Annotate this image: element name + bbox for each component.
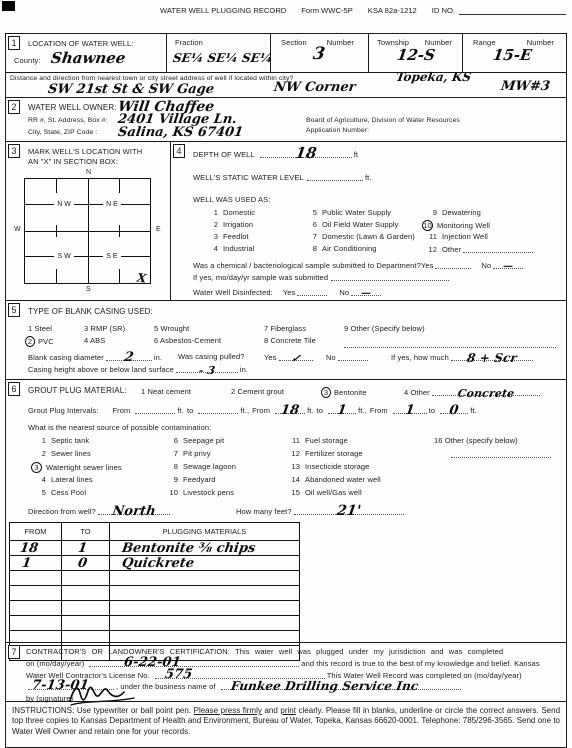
distance-row: Distance and direction from nearest town… bbox=[6, 72, 566, 97]
grout-other-label: 4 Other bbox=[404, 388, 430, 397]
option-label: Domestic (Lawn & Garden) bbox=[322, 232, 415, 241]
section-3-number-box: 3 bbox=[8, 144, 20, 158]
pvc-label: PVC bbox=[38, 337, 54, 346]
option-num: 15 bbox=[288, 488, 300, 497]
interval2-to-blank: 1 bbox=[328, 405, 356, 414]
pulled-yes-label: Yes bbox=[264, 353, 277, 362]
section-2-owner: 2 WATER WELL OWNER: Will Chaffee RR #, S… bbox=[6, 97, 566, 141]
agency-label: Board of Agriculture, Division of Water … bbox=[306, 117, 460, 124]
direction-line: Direction from well?North bbox=[28, 506, 172, 516]
option-num: 12 bbox=[425, 245, 437, 254]
table-row-empty bbox=[10, 570, 299, 585]
interval2-from-blank: 18 bbox=[275, 405, 305, 414]
option-label: Monitoring Well bbox=[437, 221, 490, 230]
direction-blank: North bbox=[98, 506, 170, 515]
option-num: 9 bbox=[425, 208, 437, 217]
option-label: Seepage pit bbox=[183, 436, 224, 445]
bentonite-label: Bentonite bbox=[334, 388, 367, 397]
cert-text-1: This water well was plugged under my jur… bbox=[235, 647, 503, 656]
interval3-to-value: 0 bbox=[449, 404, 460, 417]
grout-option-other: 4 OtherConcrete bbox=[404, 387, 542, 397]
instructions-underlined: Please press firmly bbox=[194, 706, 262, 715]
feet-value: 21' bbox=[336, 504, 362, 518]
option-label: Oil well/Gas well bbox=[305, 488, 362, 497]
chem-no-mark: — bbox=[502, 262, 514, 272]
id-no-blank bbox=[459, 6, 566, 15]
form-title: WATER WELL PLUGGING RECORD bbox=[160, 6, 286, 15]
section-4-number-box: 4 bbox=[173, 144, 185, 158]
feet-blank: 21' bbox=[294, 506, 404, 515]
casing-title: TYPE OF BLANK CASING USED: bbox=[28, 307, 153, 316]
distance-value-corner: NW Corner bbox=[273, 81, 356, 94]
row-material-value: Quickrete bbox=[121, 557, 195, 570]
table-row-empty bbox=[10, 585, 299, 600]
casing-pulled-no: No bbox=[326, 352, 370, 362]
section-5-number-box: 5 bbox=[8, 303, 20, 317]
ft-label: ft., bbox=[358, 406, 367, 415]
license-blank: 575 bbox=[155, 670, 325, 679]
static-level-unit: ft. bbox=[365, 173, 372, 182]
option-num: 4 bbox=[206, 244, 218, 253]
section-7-number-box: 7 bbox=[8, 645, 20, 659]
casing-diameter-label: Blank casing diameter bbox=[28, 353, 104, 362]
option-label: Injection Well bbox=[442, 232, 488, 241]
interval3-from-value: 1 bbox=[404, 404, 415, 417]
option-label: Other bbox=[442, 245, 461, 254]
mark-title-line1: MARK WELL'S LOCATION WITH bbox=[28, 147, 142, 156]
howmuch-value: 8 + Scr bbox=[466, 352, 517, 364]
owner-label: WATER WELL OWNER: bbox=[28, 103, 117, 112]
option-num: 4 bbox=[34, 475, 46, 484]
option-label: Abandoned water well bbox=[305, 475, 381, 484]
other-use-blank bbox=[463, 244, 533, 253]
grid-tick bbox=[119, 179, 120, 193]
disinfected-line: Water Well Disinfected:YesNo— bbox=[193, 287, 383, 297]
grout-option-bentonite: 3Bentonite bbox=[321, 387, 367, 398]
fraction-cell: Fraction SE¼ SE¼ SE¼ bbox=[167, 34, 271, 72]
option-label: Livestock pens bbox=[183, 488, 234, 497]
option-num: 14 bbox=[288, 475, 300, 484]
chem-sample-question: Was a chemical / bacteriological sample … bbox=[193, 261, 421, 270]
casing-diameter-unit: in. bbox=[154, 353, 162, 362]
option-num: 6 bbox=[305, 220, 317, 229]
option-num: 7 bbox=[166, 449, 178, 458]
ft-label: ft. bbox=[307, 406, 314, 415]
cert-date1-blank: 6-22-01 bbox=[89, 658, 299, 667]
chem-no-label: No bbox=[481, 261, 491, 270]
disinfected-no-mark: — bbox=[360, 289, 372, 299]
option-num: 1 bbox=[34, 436, 46, 445]
form-header: WATER WELL PLUGGING RECORD Form WWC-5P K… bbox=[160, 6, 566, 15]
option-num: 7 bbox=[305, 232, 317, 241]
used-as-label: WELL WAS USED AS: bbox=[193, 195, 270, 204]
range-label: Range bbox=[473, 38, 496, 47]
static-level-line: WELL'S STATIC WATER LEVEL ft. bbox=[193, 172, 372, 182]
section-1-title: LOCATION OF WATER WELL: bbox=[28, 39, 134, 48]
option-label: Fuel storage bbox=[305, 436, 348, 445]
casing-option-concrete-tile: 8 Concrete Tile bbox=[264, 336, 316, 345]
scanned-form-page: WATER WELL PLUGGING RECORD Form WWC-5P K… bbox=[0, 0, 572, 748]
grid-tick bbox=[119, 269, 120, 283]
intervals-label: Grout Plug Intervals: bbox=[28, 406, 98, 415]
casing-option-pvc: 2PVC bbox=[25, 336, 54, 347]
row-to-value: 1 bbox=[77, 542, 88, 555]
option-num: 13 bbox=[288, 462, 300, 471]
option-num: 9 bbox=[166, 475, 178, 484]
option-label: Feedlot bbox=[223, 232, 249, 241]
license-value: 575 bbox=[164, 668, 193, 681]
section-7-certification: 7 CONTRACTOR'S OR LANDOWNER'S CERTIFICAT… bbox=[6, 642, 566, 701]
option-label: Pit privy bbox=[183, 449, 211, 458]
casing-option-wrought: 5 Wrought bbox=[154, 324, 189, 333]
casing-height-blank: - 3 bbox=[176, 364, 238, 373]
instructions-underlined: print bbox=[280, 706, 296, 715]
section-location-grid: N W N E S W S E X bbox=[24, 178, 151, 284]
interval2-to-value: 1 bbox=[337, 404, 348, 417]
county-label: County: bbox=[14, 56, 41, 65]
interval3-from-blank: 1 bbox=[393, 405, 427, 414]
section-3-4-row: 3 MARK WELL'S LOCATION WITH AN "X" IN SE… bbox=[6, 141, 566, 300]
grid-tick bbox=[56, 225, 57, 237]
option-num: 5 bbox=[305, 208, 317, 217]
direction-label: Direction from well? bbox=[28, 507, 96, 516]
interval2-from-value: 18 bbox=[280, 404, 300, 417]
from-label: From bbox=[112, 406, 130, 415]
option-label: Watertight sewer lines bbox=[46, 463, 122, 472]
pulled-yes-blank: ✓ bbox=[279, 352, 313, 361]
option-label: Insecticide storage bbox=[305, 462, 369, 471]
city-value: Salina, KS 67401 bbox=[117, 126, 244, 139]
option-label: Industrial bbox=[223, 244, 254, 253]
casing-option-other: 9 Other (Specify below) bbox=[344, 324, 425, 333]
section-label: Section bbox=[281, 38, 307, 47]
circled-option-10: 10 bbox=[422, 220, 433, 231]
sw-label: S W bbox=[54, 253, 73, 260]
cert-line-2: on (mo/day/year)6-22-01and this record i… bbox=[26, 658, 540, 668]
statute-number: KSA 82a-1212 bbox=[368, 6, 417, 15]
ft-label: ft., bbox=[240, 406, 249, 415]
interval1-to-blank bbox=[198, 405, 238, 414]
option-label: Oil Field Water Supply bbox=[322, 220, 399, 229]
interval1-from-blank bbox=[135, 405, 175, 414]
plugging-table: FROM TO PLUGGING MATERIALS 18 1 Bentonit… bbox=[9, 522, 300, 661]
grout-other-value: Concrete bbox=[457, 388, 515, 399]
address-label: RR #, St. Address, Box #: bbox=[28, 117, 108, 124]
nw-label: N W bbox=[54, 201, 74, 208]
option-num: 11 bbox=[425, 232, 437, 241]
to-header: TO bbox=[62, 523, 110, 540]
section-1-number-box: 1 bbox=[8, 36, 20, 50]
static-level-label: WELL'S STATIC WATER LEVEL bbox=[193, 173, 304, 182]
direction-value: North bbox=[111, 505, 156, 518]
application-number-label: Application Number: bbox=[306, 127, 369, 134]
compass-n: N bbox=[86, 169, 91, 176]
row-material-value: Bentonite ⅜ chips bbox=[121, 542, 256, 555]
row-from-value: 18 bbox=[19, 542, 39, 555]
township-value: 12-S bbox=[396, 48, 436, 63]
option-label: Irrigation bbox=[223, 220, 253, 229]
distance-question: Distance and direction from nearest town… bbox=[10, 75, 293, 82]
fraction-value: SE¼ SE¼ SE¼ bbox=[172, 52, 273, 64]
from-label: From bbox=[252, 406, 270, 415]
section-2-number-box: 2 bbox=[8, 100, 20, 114]
casing-option-fiberglass: 7 Fiberglass bbox=[264, 324, 306, 333]
chem-yes-label: Yes bbox=[421, 261, 434, 270]
option-label: Sewage lagoon bbox=[183, 462, 236, 471]
howmuch-line: If yes, how much8 + Scr bbox=[391, 352, 535, 362]
depth-unit: ft bbox=[354, 150, 358, 159]
instructions-box: INSTRUCTIONS: Use typewriter or ball poi… bbox=[6, 701, 566, 747]
casing-diameter-line: Blank casing diameter2in. bbox=[28, 352, 162, 362]
disinfected-no-blank: — bbox=[351, 287, 381, 296]
form-number: Form WWC-5P bbox=[301, 6, 352, 15]
instructions-part: Use typewriter or ball point pen. bbox=[77, 706, 191, 715]
casing-pulled-yes: Yes✓ bbox=[264, 352, 315, 362]
location-cell: 1 LOCATION OF WATER WELL: County: Shawne… bbox=[6, 34, 167, 72]
casing-other-blank bbox=[344, 339, 556, 349]
casing-diameter-value: 2 bbox=[123, 351, 134, 364]
circled-option-2: 2 bbox=[25, 336, 35, 347]
section-number-label: Number bbox=[327, 38, 354, 47]
option-num: 8 bbox=[166, 462, 178, 471]
interval3-to-blank: 0 bbox=[440, 405, 468, 414]
row-to-value: 0 bbox=[77, 557, 88, 570]
disinfected-yes-label: Yes bbox=[283, 288, 296, 297]
ft-label: ft. bbox=[177, 406, 184, 415]
well-x-mark: X bbox=[136, 271, 147, 284]
compass-s: S bbox=[86, 286, 91, 293]
city-label: City, State, ZIP Code : bbox=[28, 129, 97, 136]
plugging-table-header: FROM TO PLUGGING MATERIALS bbox=[10, 523, 299, 540]
option-num: 6 bbox=[166, 436, 178, 445]
feet-line: How many feet?21' bbox=[236, 506, 406, 516]
option-label: Fertilizer storage bbox=[305, 449, 363, 458]
option-num: 5 bbox=[34, 488, 46, 497]
grid-center-horizontal bbox=[25, 231, 150, 232]
well-id-value: MW#3 bbox=[500, 80, 551, 93]
materials-header: PLUGGING MATERIALS bbox=[110, 523, 299, 540]
casing-height-value: - 3 bbox=[198, 365, 216, 376]
depth-label: DEPTH OF WELL bbox=[193, 150, 255, 159]
from-header: FROM bbox=[10, 523, 62, 540]
id-no-label: ID NO. bbox=[432, 6, 455, 15]
contam-other-label: 16 Other (specify below) bbox=[434, 436, 518, 445]
casing-diameter-blank: 2 bbox=[106, 352, 152, 361]
section-6-number-box: 6 bbox=[8, 382, 20, 396]
depth-line: DEPTH OF WELL18ft bbox=[193, 149, 358, 159]
ifyes-blank bbox=[331, 272, 449, 281]
grid-quadrant-row-north: N W N E bbox=[25, 201, 150, 208]
distance-value-city: Topeka, KS bbox=[395, 71, 472, 83]
option-num: 10 bbox=[166, 488, 178, 497]
howmuch-blank: 8 + Scr bbox=[451, 352, 533, 361]
pulled-no-label: No bbox=[326, 353, 336, 362]
table-row: 18 1 Bentonite ⅜ chips bbox=[10, 540, 299, 555]
grid-quadrant-row-south: S W S E bbox=[25, 253, 150, 260]
casing-option-rmp: 3 RMP (SR) bbox=[84, 324, 125, 333]
disinfected-yes-blank bbox=[297, 287, 327, 296]
chem-sample-line: Was a chemical / bacteriological sample … bbox=[193, 260, 525, 270]
section-6-grout: 6 GROUT PLUG MATERIAL: 1 Neat cement 2 C… bbox=[6, 379, 566, 642]
option-label: Septic tank bbox=[51, 436, 89, 445]
casing-height-line: Casing height above or below land surfac… bbox=[28, 364, 248, 374]
option-num: 1 bbox=[206, 208, 218, 217]
distance-value-street: SW 21st St & SW Gage bbox=[47, 83, 215, 96]
option-label: Lateral lines bbox=[51, 475, 93, 484]
static-level-blank bbox=[307, 172, 363, 181]
depth-blank: 18 bbox=[260, 149, 352, 158]
section-3-mark-location: 3 MARK WELL'S LOCATION WITH AN "X" IN SE… bbox=[6, 142, 171, 300]
cert-date1-label: on (mo/day/year) bbox=[26, 659, 84, 668]
grout-other-blank: Concrete bbox=[432, 387, 540, 396]
casing-pulled-label: Was casing pulled? bbox=[178, 352, 245, 361]
signature-scribble bbox=[66, 683, 138, 707]
casing-option-steel: 1 Steel bbox=[28, 324, 52, 333]
pulled-yes-check: ✓ bbox=[290, 353, 301, 364]
grout-intervals-line: Grout Plug Intervals:Fromft.toft.,From18… bbox=[28, 405, 477, 415]
mark-title-line2: AN "X" IN SECTION BOX: bbox=[28, 157, 118, 166]
row-from-value: 1 bbox=[21, 557, 32, 570]
se-label: S E bbox=[103, 253, 120, 260]
depth-value: 18 bbox=[294, 146, 317, 161]
howmuch-label: If yes, how much bbox=[391, 353, 449, 362]
chem-no-blank: — bbox=[493, 260, 523, 269]
option-label: Public Water Supply bbox=[322, 208, 391, 217]
option-label: Domestic bbox=[223, 208, 255, 217]
compass-e: E bbox=[156, 226, 161, 233]
county-value: Shawnee bbox=[50, 51, 126, 66]
option-label: Sewer lines bbox=[51, 449, 91, 458]
option-num: 3 bbox=[206, 232, 218, 241]
ifyes-label: If yes, mo/day/yr sample was submitted bbox=[193, 273, 328, 282]
casing-option-asbestos: 6 Asbestos-Cement bbox=[154, 336, 221, 345]
grout-title: GROUT PLUG MATERIAL: bbox=[28, 386, 127, 395]
township-cell: Township Number 12-S bbox=[369, 34, 463, 72]
ft-label: ft. bbox=[470, 406, 477, 415]
option-label: Feedyard bbox=[183, 475, 216, 484]
casing-option-abs: 4 ABS bbox=[84, 336, 105, 345]
disinfected-no-label: No bbox=[339, 288, 349, 297]
ifyes-line: If yes, mo/day/yr sample was submitted bbox=[193, 272, 449, 282]
contamination-question: What is the nearest source of possible c… bbox=[28, 423, 211, 432]
grid-tick bbox=[56, 179, 57, 193]
ne-label: N E bbox=[103, 201, 121, 208]
chem-yes-blank bbox=[435, 260, 471, 269]
option-num: 8 bbox=[305, 244, 317, 253]
fraction-label: Fraction bbox=[175, 38, 203, 47]
form-body: 1 LOCATION OF WATER WELL: County: Shawne… bbox=[5, 33, 567, 748]
instructions-text: INSTRUCTIONS: Use typewriter or ball poi… bbox=[6, 702, 566, 737]
option-label: Cess Pool bbox=[51, 488, 86, 497]
option-num: 12 bbox=[288, 449, 300, 458]
instructions-part: and bbox=[264, 706, 277, 715]
table-row-empty bbox=[10, 600, 299, 615]
option-label: Dewatering bbox=[442, 208, 481, 217]
table-row-empty bbox=[10, 615, 299, 630]
section-number-value: 3 bbox=[312, 46, 326, 63]
feet-label: How many feet? bbox=[236, 507, 292, 516]
compass-w: W bbox=[14, 226, 21, 233]
option-label: Air Conditioning bbox=[322, 244, 377, 253]
pulled-no-blank bbox=[338, 352, 368, 361]
business-value: Funkee Drilling Service Inc bbox=[230, 680, 419, 692]
cert-text-2: and this record is true to the best of m… bbox=[301, 659, 539, 668]
scan-corner-mark bbox=[2, 1, 15, 11]
business-blank: Funkee Drilling Service Inc bbox=[221, 681, 461, 690]
range-cell: Range Number 15-E bbox=[463, 34, 566, 72]
option-num: 11 bbox=[288, 436, 300, 445]
circled-option-3-contam: 3 bbox=[31, 462, 42, 473]
range-value: 15-E bbox=[492, 48, 533, 63]
to-label: to bbox=[317, 406, 323, 415]
casing-height-label: Casing height above or below land surfac… bbox=[28, 365, 174, 374]
section-1-location: 1 LOCATION OF WATER WELL: County: Shawne… bbox=[6, 34, 566, 72]
to-label: to bbox=[429, 406, 435, 415]
grout-option-neat: 1 Neat cement bbox=[141, 387, 191, 396]
section-4-well-info: 4 DEPTH OF WELL18ft WELL'S STATIC WATER … bbox=[171, 142, 566, 300]
section-number-cell: Section Number 3 bbox=[271, 34, 369, 72]
casing-height-unit: in. bbox=[240, 365, 248, 374]
grid-tick bbox=[119, 225, 120, 237]
disinfected-label: Water Well Disinfected: bbox=[193, 288, 273, 297]
to-label: to bbox=[187, 406, 193, 415]
table-row: 1 0 Quickrete bbox=[10, 555, 299, 570]
option-num: 2 bbox=[34, 449, 46, 458]
section-5-casing: 5 TYPE OF BLANK CASING USED: 1 Steel 3 R… bbox=[6, 300, 566, 379]
from-label: From bbox=[370, 406, 388, 415]
grid-tick bbox=[56, 269, 57, 283]
contam-other-blank bbox=[451, 449, 551, 459]
instructions-label: INSTRUCTIONS: bbox=[12, 706, 74, 715]
grout-option-cement: 2 Cement grout bbox=[231, 387, 284, 396]
option-num: 2 bbox=[206, 220, 218, 229]
cert-line-1: CONTRACTOR'S OR LANDOWNER'S CERTIFICATIO… bbox=[26, 647, 503, 656]
circled-option-3: 3 bbox=[321, 387, 331, 398]
